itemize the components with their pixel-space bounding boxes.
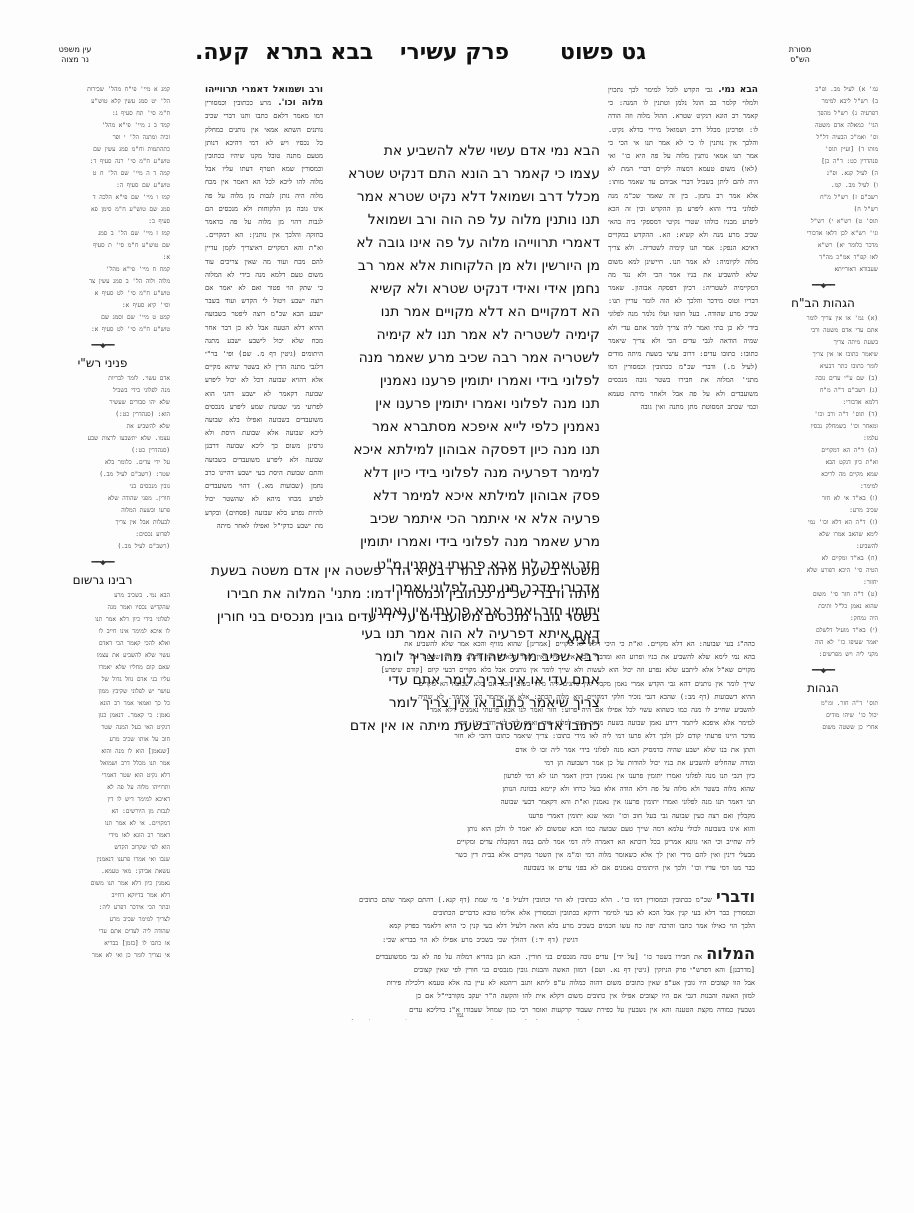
rabbenu-gershom-line: שהקדיש נכסיו ואמר מנה xyxy=(35,602,170,613)
rabbenu-gershom-line: עושר יש לפלוני שקיבץ ממון xyxy=(35,686,170,697)
hagahot-bach-note: (ב) שם ע"י עדים גובה xyxy=(768,373,878,384)
pninei-rashi-note: עצמו. שלא יתשבעו לרצות שבע xyxy=(35,433,170,444)
masoret-note: רש"ל ח) xyxy=(768,204,878,215)
rabbenu-gershom-line: דמקויים. אי לא אמר תנו xyxy=(35,818,170,829)
pninei-rashi-note: חורין. מפני שהודה שלא xyxy=(35,493,170,504)
comm2-line8: למזון האשה והבנות דגבי אם היו קצובים אפי… xyxy=(205,990,755,1003)
comm2-line10: דשעבודא דאורייתא היינו על פי עדים אבל על… xyxy=(205,1017,755,1020)
rabbenu-gershom-line: כל כך ואמאי אמר רב הונא xyxy=(35,698,170,709)
pninei-rashi-note: על ידי עדים. כלומר בלא xyxy=(35,457,170,468)
masoret-note: ב) רש"ל ליבא למימר xyxy=(768,96,878,107)
dibur-vedivrei: ודברי xyxy=(716,890,755,906)
bottom-commentary-line: מבעלי דינין ואין להם מידי ואין לך אלא כש… xyxy=(205,849,755,862)
hagahot-bach-note: שמא מקיים מה לריכא xyxy=(768,469,878,480)
ein-mishpat-note: טוש"ע ח"מ סי' לט סעיף א xyxy=(35,288,170,299)
masoret-note: וס' ואמ"כ הבעיה דל"ל xyxy=(768,132,878,143)
dibur-hamalveh: המלוה xyxy=(706,944,755,963)
gemara-wide-line: מיתה ודברי שכ"מ ככתובין וכמסורין דמו: מת… xyxy=(210,583,600,606)
rashi-commentary: הבא נמי. גבי הקדש לוכל למימר לכך נתכוין … xyxy=(608,84,758,589)
gemara-line: הבא נמי אדם עשוי שלא להשביע את xyxy=(330,140,600,163)
rabbenu-gershom-line: לו איכא למימר אינו חייב לו xyxy=(35,626,170,637)
ein-mishpat-note: סמג שם טוש"ע ח"מ סימן פא xyxy=(35,204,170,215)
pninei-rashi-note: גובין מנכסים בני xyxy=(35,481,170,492)
daf-number: קעה. xyxy=(195,40,249,66)
gemara-line: פרעיה אלא אי איתמר הכי איתמר שכיב xyxy=(330,508,600,531)
bottom-commentary-line: ההיא דשבועות (דף מב:) שהכא דגבי נזכיר חל… xyxy=(205,691,755,704)
hagahot-bach-note: (ד) תוס' ד"ה ורב וכו' xyxy=(768,409,878,420)
bottom-commentary-line: שייך לומר אין נותנים דהא גבי הקדש אמרי נ… xyxy=(205,678,755,691)
masoret-label-line2: הש"ס xyxy=(770,55,830,65)
hagahot-bach-note: (ט) ד"ה חזר סי' משום xyxy=(768,589,878,600)
hagahot-bach-note: (ו) בא"ד אי לא חזר xyxy=(768,493,878,504)
ein-mishpat-notes: קמג א מיי' פי"ח מהל' שכירותהל' יט סמג עש… xyxy=(35,84,170,335)
pninei-rashi-note: פרעו ובשעת המלוה xyxy=(35,505,170,516)
ein-mishpat-note: קמג א מיי' פי"ח מהל' שכירות xyxy=(35,84,170,95)
hagahot-bach-title: הגהות הב"ח xyxy=(768,298,878,309)
ein-mishpat-note: וסי' קיא סעיף א: xyxy=(35,300,170,311)
rabbenu-gershom-line: לגבות מן היורשים: הא xyxy=(35,806,170,817)
masoret-note: תוס' ט) רש"א י) רש"ל xyxy=(768,216,878,227)
gemara-line: תנו מנה לפלוני ואמרו יתומין פרענו אין xyxy=(330,393,600,416)
rabbenu-gershom-line: לפלוני בידי כיון דלא אמר תנו xyxy=(35,614,170,625)
rabbenu-gershom-line: ותרוייהו מלוה על פה לא xyxy=(35,782,170,793)
gemara-line: קימיה לשטריה לא אמר תנו לא קימיה xyxy=(330,324,600,347)
rabbenu-gershom-line: לצריך למימר שכיב מרע xyxy=(35,914,170,925)
pninei-rashi-note: (סנהדרין כט:) xyxy=(35,445,170,456)
comm2-line3: הלכך הוי כאילו אמר כתבו והרבה יפה כח עשו… xyxy=(205,920,755,933)
hagahot-title: הגהות xyxy=(768,683,878,694)
hagahot-bach-notes: (א) גמ' או אין צריך לומראתם עדי אדם משטה… xyxy=(768,313,878,660)
comm2-line1: שכ"מ ככתובין וכמסורין דמו כו'. הלא ככתוב… xyxy=(359,896,712,904)
gemara-main-text: הבא נמי אדם עשוי שלא להשביע אתעצמו כי קא… xyxy=(330,140,600,560)
hagahot-bach-note: (ג) רשב"ם ד"ה מ"ח xyxy=(768,385,878,396)
rashi-text: גבי הקדש לוכל למימר לכך נתכוין ולמלוי קל… xyxy=(608,86,758,411)
tosafot-commentary: ורב ושמואל דאמרי תרווייהו מלוה וכו'. מרע… xyxy=(205,84,323,584)
rabbenu-gershom-line: דאיכא למימר דיש לו דין xyxy=(35,794,170,805)
rabbenu-gershom-line: דאמר רב הונא לאו מידי xyxy=(35,830,170,841)
masoret-hashas-label: מסורת הש"ס xyxy=(770,45,830,65)
right-margin: גמ' א) לעיל מב. ופ"בב) רש"ל ליבא למימרדפ… xyxy=(768,84,878,734)
bottom-commentary-line: ליה שחייב וכי האי גוונא אמרינן בכל דוכתא… xyxy=(205,836,755,849)
gemara-wide-line: בשטר גובה מנכסים משועבדים על ידי עדים גו… xyxy=(210,606,600,629)
ornament-divider-icon: ━━◆━━ xyxy=(768,281,878,292)
ein-mishpat-note: הל' יט סמג עשין קלא טוש"ע xyxy=(35,96,170,107)
ornament-divider-icon: ━━◆━━ xyxy=(768,666,878,677)
rabbenu-gershom-line: ובתר הכי אידכר דפרע ליה: xyxy=(35,902,170,913)
perek-name: גט פשוט xyxy=(560,40,646,66)
bottom-commentary-line: כהה"ג בעי שבועה: הא דלא מקויים. וא"ת כי … xyxy=(205,638,755,651)
hagahot-bach-note: לימא שהאב אמרו שלא xyxy=(768,529,878,540)
bottom-commentary-line: בהא נמי לימא שלא להשביע את בניו ופרוע הו… xyxy=(205,651,755,664)
rabbenu-gershom-line: חוב על אותו שכיב מרע xyxy=(35,734,170,745)
gemara-line: תנו מנה כיון דפסקה אבוהון למילתא איכא xyxy=(330,439,600,462)
ein-mishpat-note: טוש"ע שם סעיף ה: xyxy=(35,180,170,191)
rabbenu-gershom-line: שאם קום מחליו שלא יאמרו xyxy=(35,662,170,673)
rabbenu-gershom-line: דלא אמר בדיוקא דחייב xyxy=(35,890,170,901)
gemara-line: לשטריה אמר רבה שכיב מרע שאמר מנה xyxy=(330,347,600,370)
hagahot-bach-note: שהוא נאמן כל"ל ותיבת xyxy=(768,601,878,612)
gemara-line: דאמרי תרווייהו מלוה על פה אינו גובה לא xyxy=(330,232,600,255)
hagahot-bach-note: יחזור: xyxy=(768,577,878,588)
ein-mishpat-note: קמה ד ה מיי' שם הל' ח ט xyxy=(35,168,170,179)
pninei-rashi-note: שלא להשביע את xyxy=(35,421,170,432)
ornament-divider-icon: ━━◆━━ xyxy=(35,341,170,352)
hagahot-bach-note: שיאמר כתובו או אין צריך xyxy=(768,349,878,360)
hagahot-bach-note: דלמא אדכורי: xyxy=(768,397,878,408)
comm2-line7: אבל הוו קצובים היו גובין אע"פ שאין כתובי… xyxy=(205,977,755,990)
hagahot-bach-note: יאמר שעיפו כו' לא הוה xyxy=(768,637,878,648)
pninei-rashi-note: אדם עשוי. לומר לבריות xyxy=(35,373,170,384)
rabbenu-gershom-line: שנבו ואי אמרו פרענו דנאמנין xyxy=(35,854,170,865)
hagahot-bach-note: אתם עדי אדם משטה ורבי xyxy=(768,325,878,336)
rashi-opening-dibur: הבא נמי. xyxy=(718,85,758,95)
ein-mishpat-note: טוש"ע ח"מ סי' לט סעיף א: xyxy=(35,324,170,335)
pninei-rashi-notes: אדם עשוי. לומר לבריותמנה לפלוני בידי בשב… xyxy=(35,373,170,552)
bottom-commentary-line: מקבלין ואם רצה כעין שבועה גבי בעל חוב וכ… xyxy=(205,810,755,823)
gemara-line: הא דמקויים הא דלא מקויים אמר תנו xyxy=(330,301,600,324)
hagahot-bach-note: (ז) ד"ה הא דלא וכו' נמי xyxy=(768,517,878,528)
masoret-note: לאו קפ"ד אמ"כ מה"ד xyxy=(768,252,878,263)
bottom-commentary-line: ומודה שהחליט להשביע את בניו יכול להודות … xyxy=(205,757,755,770)
hagahot-bach-note: (ה) ד"ה הא דמקויים xyxy=(768,445,878,456)
ein-mishpat-note: קמז ז מיי' שם הל' ב סמג xyxy=(35,228,170,239)
rabbenu-gershom-line: או כתבו לו [בזמן] בבריא xyxy=(35,938,170,949)
hagahot-bach-note: הטיה סי' היכא דפורע שלא xyxy=(768,565,878,576)
gemara-line: עצמו כי קאמר רב הונא התם דנקיט שטרא xyxy=(330,163,600,186)
tosafot-text: מרע ככתובין וכמסורין דמו מאמר דלאם כתבו … xyxy=(205,99,323,530)
rabbenu-gershom-line: נאמן: כי קאמר. דנאמן כגון xyxy=(35,710,170,721)
pninei-rashi-note: שלא יהו סבורים שעשיר xyxy=(35,397,170,408)
rabbenu-gershom-line: עשוי שלא להשביע את עצמו xyxy=(35,650,170,661)
bottom-commentary-line: שהוא מלוה בשטר ולא מלוה על פה דלא הודה א… xyxy=(205,783,755,796)
bottom-commentary-line: תני דאמר תנו מנה לפלוני ואמרו יתומין פרע… xyxy=(205,796,755,809)
rabbenu-gershom-line: אמר תנו מכלל דרב ושמואל xyxy=(35,758,170,769)
rabbenu-gershom-line: עשאת אביהן: מאי טעמא. xyxy=(35,866,170,877)
gemara-line: תנו נותנין מלוה על פה הוה ורב ושמואל xyxy=(330,209,600,232)
masoret-note: רשב"ם ז) רש"ל מ"ח xyxy=(768,192,878,203)
rabbenu-gershom-text: הבא נמי. בשכיב מרעשהקדיש נכסיו ואמר מנהל… xyxy=(35,590,170,964)
hagahot-note: יכול כו' שיהו מודים xyxy=(768,710,878,721)
bottom-commentary-line: למימר אלא איפכא ליתמר דידע נאמן שבועה בש… xyxy=(205,717,755,730)
pninei-rashi-note: לבעלות אבל אין צריך xyxy=(35,517,170,528)
pninei-rashi-note: לפרוע נכסים: xyxy=(35,529,170,540)
rabbenu-gershom-line: דלא נקיט הוא שטר דאמרי xyxy=(35,770,170,781)
hagahot-bach-note: למימר: xyxy=(768,481,878,492)
ein-mishpat-note: קמט ט מיי' שם וסמג שם xyxy=(35,312,170,323)
bottom-commentary: כהה"ג בעי שבועה: הא דלא מקויים. וא"ת כי … xyxy=(205,638,755,888)
masoret-note: וגי' רש"א לכן דלאו אדכורי xyxy=(768,228,878,239)
page-signature: גמו xyxy=(440,1012,480,1019)
rabbenu-gershom-line: אי נצריך לומר כן ואי לא אמר xyxy=(35,950,170,961)
rabbenu-gershom-line: נאמנין כיון דלא אמר תנו משום xyxy=(35,878,170,889)
left-margin: קמג א מיי' פי"ח מהל' שכירותהל' יט סמג עש… xyxy=(35,84,170,964)
pninei-rashi-note: שטר: (רשב"ם לעיל מב.) xyxy=(35,469,170,480)
pninei-rashi-note: מנה לפלוני בידי בשביל xyxy=(35,385,170,396)
rabbenu-gershom-line: דנקיט האי בעל המנה שטר xyxy=(35,722,170,733)
bottom-commentary-line: כיון דגבי תנו מנה לפלוני ואמרו יתומין פר… xyxy=(205,770,755,783)
ein-mishpat-note: שם טוש"ע ח"מ סי' ת סעיף xyxy=(35,240,170,251)
ein-mishpat-label-line2: נר מצוה xyxy=(45,55,105,65)
tractate-name: בבא בתרא xyxy=(265,40,373,66)
hagahot-bach-note: מקני ליה ויש מפרשים: xyxy=(768,649,878,660)
bottom-commentary-2: ודברי שכ"מ ככתובין וכמסורין דמו כו'. הלא… xyxy=(205,890,755,1020)
bottom-commentary-line: מדכר היינו פרעתי קודם לכן ולכך דלא פרעו … xyxy=(205,730,755,743)
masoret-note: מדכר כלומר יא) רש"א xyxy=(768,240,878,251)
hagahot-bach-note: היה נמחק: xyxy=(768,613,878,624)
hagahot-bach-note: (ח) בא"ד ומקיים לא xyxy=(768,553,878,564)
ein-mishpat-note: טוש"ע ח"מ סי' רנה סעיף ד: xyxy=(35,156,170,167)
gemara-line: מכלל דרב ושמואל דלא נקיט שטרא אמר xyxy=(330,186,600,209)
hagahot-notes: תוס' ד"ה חזר. ומ"מיכול כו' שיהו מודיםאחר… xyxy=(768,698,878,734)
rabbenu-gershom-line: הוא לפי שקרוב הקדש xyxy=(35,842,170,853)
masoret-note: דפרעיה ג) רש"ל מהפך xyxy=(768,108,878,119)
masoret-note: שעבודא דאורייתא xyxy=(768,264,878,275)
ein-mishpat-label-line1: עין משפט xyxy=(45,45,105,55)
gemara-line: נאמנין כלפי לייא איפכא מסתברא אמר xyxy=(330,416,600,439)
hagahot-bach-note: (י) בא"ד מועיל דלשלם xyxy=(768,625,878,636)
gemara-line: מן היורשין ולא מן הלקוחות אלא אמר רב xyxy=(330,255,600,278)
comm2-line2: וכמסורין כבר דלא בעי קנין אבל הכא לא בעי… xyxy=(205,907,755,920)
hagahot-bach-note: (א) גמ' או אין צריך לומר xyxy=(768,313,878,324)
ein-mishpat-note: א: xyxy=(35,252,170,263)
ein-mishpat-note: קמד ב ג מיי' פי"א מהל' xyxy=(35,120,170,131)
hagahot-bach-note: ומאחר וכו' בשמחלק נכסיו xyxy=(768,421,878,432)
rabbenu-gershom-line: ואלא להכי קאמר הכי דאדם xyxy=(35,638,170,649)
rabbenu-gershom-title: רבינו גרשום xyxy=(35,575,170,586)
rabbenu-gershom-line: הבא נמי. בשכיב מרע xyxy=(35,590,170,601)
comm2-line4: דגיטין (דף יד:) דהולך שכי בשכיב מרע אפיל… xyxy=(205,934,755,947)
hagahot-bach-note: שכיב מרע: xyxy=(768,505,878,516)
comm2-line9: נשבעין כמודה מקצת הטענה והא אין נשבעין ע… xyxy=(205,1004,755,1017)
gemara-line: לפלוני בידי ואמרו יתומין פרענו נאמנין xyxy=(330,370,600,393)
hagahot-bach-note: לומר כתובו כתר דבעיא xyxy=(768,361,878,372)
hagahot-bach-note: בשעת מיתה צריך xyxy=(768,337,878,348)
bottom-commentary-line: מקויים שא"ל אלא ליתבע שלא נפרע וזה יכול … xyxy=(205,664,755,677)
masoret-hashas-notes: גמ' א) לעיל מב. ופ"בב) רש"ל ליבא למימרדפ… xyxy=(768,84,878,275)
pninei-rashi-note: (רשב"ם לעיל מב.) xyxy=(35,541,170,552)
bottom-commentary-line: כבר מנו דמי עדיו וכו' ולכך אין היתומים נ… xyxy=(205,862,755,875)
hagahot-bach-note: עלמו: xyxy=(768,433,878,444)
rabbenu-gershom-line: שהודה ליה לעדים אתם עדי xyxy=(35,926,170,937)
perek-number: פרק עשירי xyxy=(400,40,509,66)
rabbenu-gershom-line: עליו בני אדם גוזל גדול של xyxy=(35,674,170,685)
rabbenu-gershom-line: כן [בבריא] יכול לומר משטה xyxy=(35,962,170,964)
hagahot-bach-note: וא"ת כיון דנקט הבא xyxy=(768,457,878,468)
ein-mishpat-note: כתהתמות וח"מ סמג עשין שם xyxy=(35,144,170,155)
ein-mishpat-note: קמו ו מיי' שם פי"א הלכה ד xyxy=(35,192,170,203)
bottom-commentary-line: ותתן את בנו שלא ישבע שהיה כדמסיק הכא מנה… xyxy=(205,744,755,757)
masoret-note: הגי' כמאלה אדם משטה xyxy=(768,120,878,131)
bottom-commentary-line: להשביע שחייב לו מנה כמו כשהוא עשוי לכל א… xyxy=(205,704,755,717)
ein-mishpat-note: זכיה ומתנה הל' י ופר xyxy=(35,132,170,143)
hagahot-bach-note: להשביע: xyxy=(768,541,878,552)
ein-mishpat-note: ח"מ סי' תח סעיף ג: xyxy=(35,108,170,119)
comm2-line5: את חבירו בשטר כו' [על ידי] עדים גובה מנכ… xyxy=(376,953,703,961)
pninei-rashi-title: פניני רש"י xyxy=(35,358,170,369)
gemara-line: למימר דפרעיה מנה לפלוני בידי כיון דלא xyxy=(330,462,600,485)
bottom-commentary-line: והוא אינו בשבועה לכולי עלמא דמה שייך טעם… xyxy=(205,823,755,836)
masoret-note: מותו ד) [ועיין תוס' xyxy=(768,144,878,155)
masoret-note: סנהדרין כט: ד"ה כן] xyxy=(768,156,878,167)
ein-mishpat-note: סעיף ב: xyxy=(35,216,170,227)
ornament-divider-icon: ━━◆━━ xyxy=(35,558,170,569)
masoret-label-line1: מסורת xyxy=(770,45,830,55)
masoret-note: ה) לעיל קנא. ופ"נ xyxy=(768,168,878,179)
hagahot-note: אחרי כן ששטה משום xyxy=(768,722,878,733)
ein-mishpat-label: עין משפט נר מצוה xyxy=(45,45,105,65)
masoret-note: גמ' א) לעיל מב. ופ"ב xyxy=(768,84,878,95)
gemara-line: נחמן אידי ואידי דנקיט שטרא ולא קשיא xyxy=(330,278,600,301)
hagahot-note: תוס' ד"ה חזר. ומ"מ xyxy=(768,698,878,709)
ein-mishpat-note: קמח ח מיי' פי"א מהל' xyxy=(35,264,170,275)
comm2-line6: [מדרבנן] והא דפרש"י פרק הניזקין (גיטין ד… xyxy=(205,964,755,977)
gemara-line: מרע שאמר מנה לפלוני בידי ואמרו יתומין xyxy=(330,531,600,554)
masoret-note: ו) לעיל מב. קמ. xyxy=(768,180,878,191)
rabbenu-gershom-line: [שנאמן] הוא לו מנה והוא xyxy=(35,746,170,757)
ein-mishpat-note: מלוה ולוה הל' ב סמג עשין צד xyxy=(35,276,170,287)
pninei-rashi-note: הוא: (סנהדרין כט:) xyxy=(35,409,170,420)
gemara-line: פסק אבוהון למילתא איכא למימר דלא xyxy=(330,485,600,508)
